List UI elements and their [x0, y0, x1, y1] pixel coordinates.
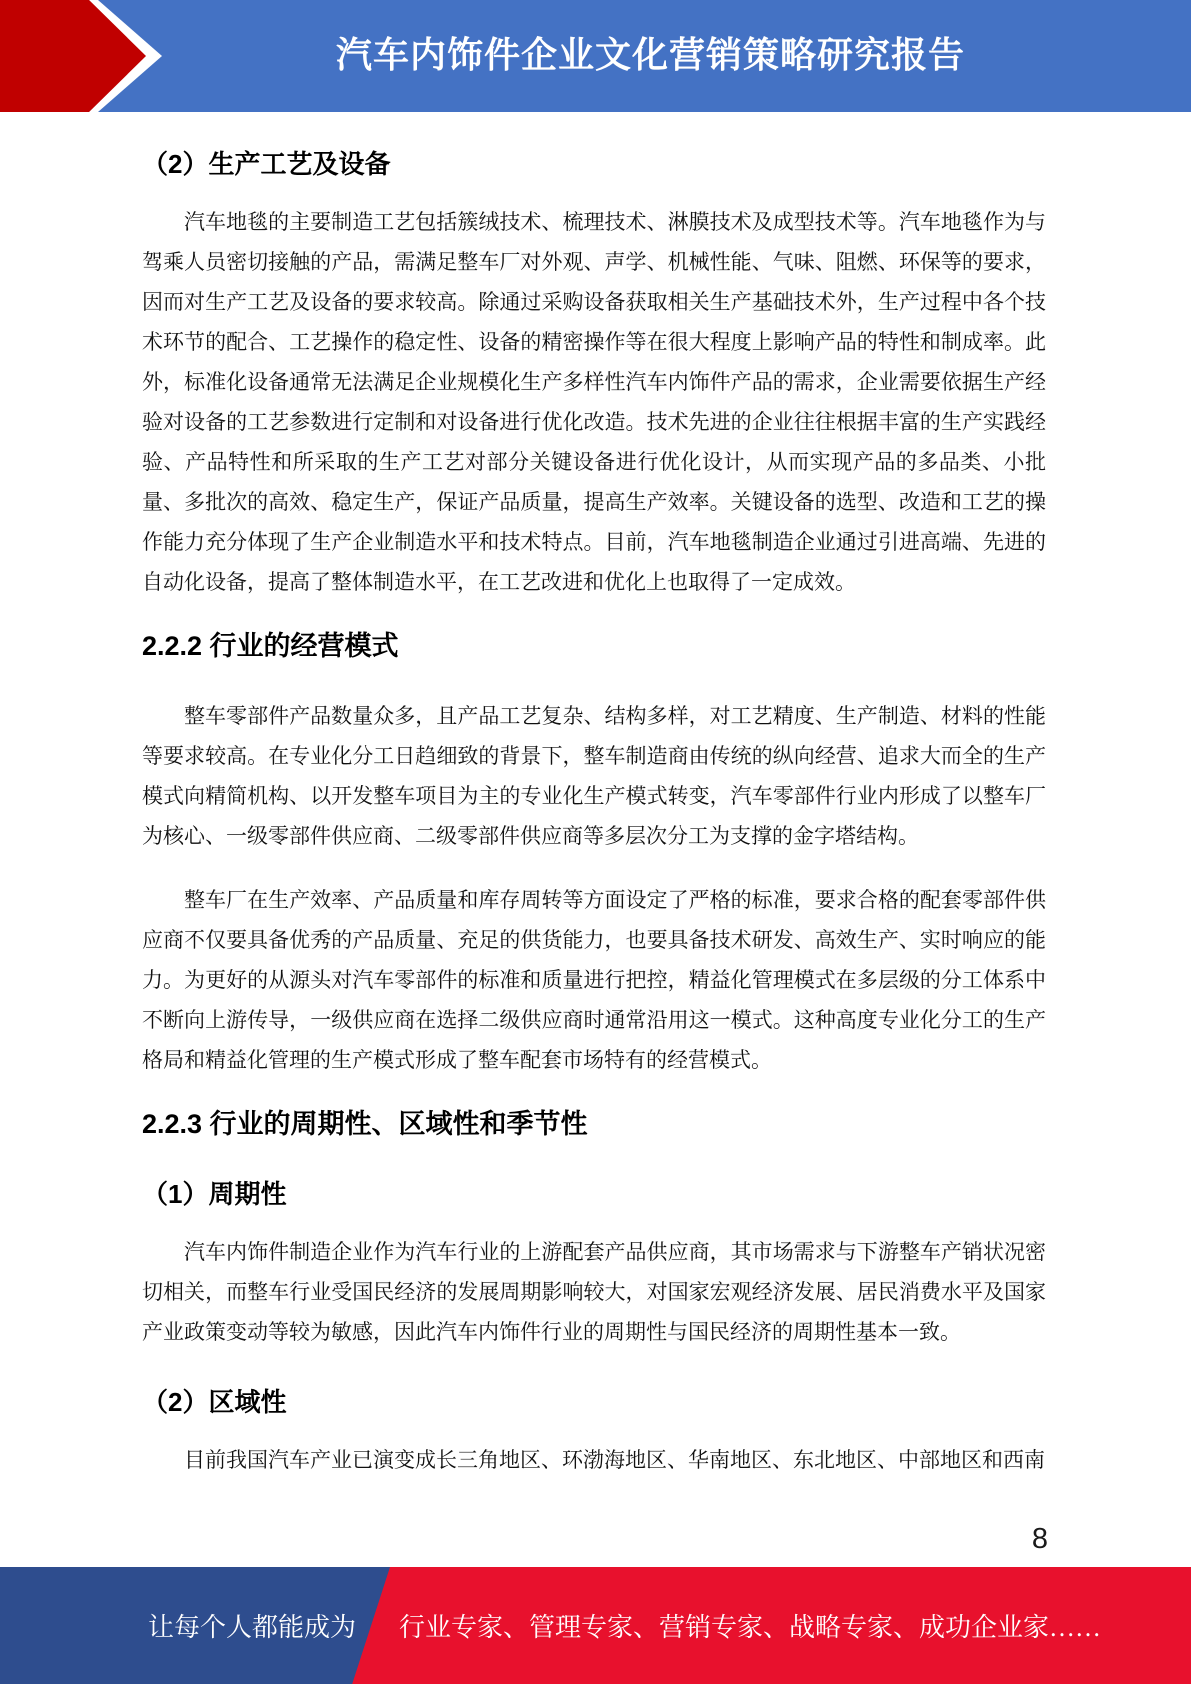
page-header: 汽车内饰件企业文化营销策略研究报告 [0, 0, 1191, 112]
paragraph-regionality: 目前我国汽车产业已演变成长三角地区、环渤海地区、华南地区、东北地区、中部地区和西… [142, 1440, 1046, 1480]
page-footer: 让每个人都能成为 行业专家、管理专家、营销专家、战略专家、成功企业家…… [0, 1567, 1191, 1684]
report-title: 汽车内饰件企业文化营销策略研究报告 [170, 0, 1131, 104]
paragraph-business-model-1: 整车零部件产品数量众多，且产品工艺复杂、结构多样，对工艺精度、生产制造、材料的性… [142, 696, 1046, 856]
document-body: （2）生产工艺及设备 汽车地毯的主要制造工艺包括簇绒技术、梳理技术、淋膜技术及成… [0, 112, 1191, 1504]
subheading-regionality: （2）区域性 [142, 1382, 1046, 1422]
paragraph-cyclicality: 汽车内饰件制造企业作为汽车行业的上游配套产品供应商，其市场需求与下游整车产销状况… [142, 1232, 1046, 1352]
subheading-production-process: （2）生产工艺及设备 [142, 144, 1046, 184]
page-number: 8 [1032, 1523, 1048, 1556]
footer-slogan-right: 行业专家、管理专家、营销专家、战略专家、成功企业家…… [399, 1567, 1101, 1684]
section-heading-2-2-2: 2.2.2 行业的经营模式 [142, 626, 1046, 666]
paragraph-business-model-2: 整车厂在生产效率、产品质量和库存周转等方面设定了严格的标准，要求合格的配套零部件… [142, 880, 1046, 1080]
footer-slogan-left: 让每个人都能成为 [148, 1567, 356, 1684]
section-heading-2-2-3: 2.2.3 行业的周期性、区域性和季节性 [142, 1104, 1046, 1144]
subheading-cyclicality: （1）周期性 [142, 1174, 1046, 1214]
paragraph-carpet-process: 汽车地毯的主要制造工艺包括簇绒技术、梳理技术、淋膜技术及成型技术等。汽车地毯作为… [142, 202, 1046, 602]
header-arrow-icon [0, 0, 170, 112]
arrow-shape [0, 0, 146, 112]
